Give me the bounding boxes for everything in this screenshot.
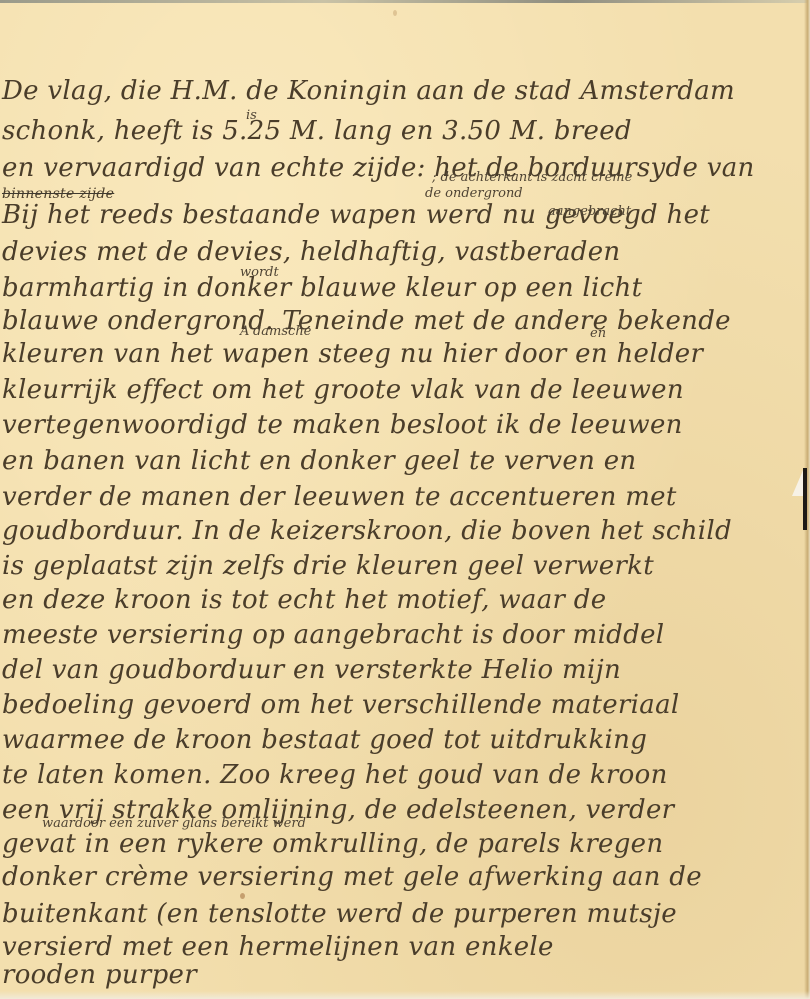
manuscript-line: del van goudborduur en versterkte Helio … [2, 655, 621, 685]
manuscript-line: buitenkant (en tenslotte werd de purpere… [2, 899, 677, 929]
manuscript-line: schonk, heeft is 5.25 M. lang en 3.50 M.… [2, 116, 632, 146]
interlinear-insertion: aangebracht [548, 204, 631, 219]
manuscript-line: vertegenwoordigd te maken besloot ik de … [2, 410, 683, 440]
manuscript-line: barmhartig in donker blauwe kleur op een… [2, 273, 642, 303]
interlinear-insertion: waardoor een zuiver glans bereikt werd [42, 816, 306, 831]
manuscript-line: verder de manen der leeuwen te accentuer… [2, 482, 677, 512]
manuscript-line: te laten komen. Zoo kreeg het goud van d… [2, 760, 668, 790]
manuscript-line: kleurrijk effect om het groote vlak van … [2, 375, 684, 405]
manuscript-line: meeste versiering op aangebracht is door… [2, 620, 664, 650]
manuscript-line: is geplaatst zijn zelfs drie kleuren gee… [2, 551, 654, 581]
manuscript-page: De vlag, die H.M. de Koningin aan de sta… [0, 0, 800, 999]
manuscript-line: devies met de devies, heldhaftig, vastbe… [2, 237, 620, 267]
interlinear-insertion: en [590, 326, 606, 341]
manuscript-line: donker crème versiering met gele afwerki… [2, 862, 702, 892]
manuscript-line: versierd met een hermelijnen van enkele [2, 932, 554, 962]
manuscript-line: en banen van licht en donker geel te ver… [2, 446, 636, 476]
interlinear-insertion: wordt [240, 265, 279, 280]
manuscript-line: en deze kroon is tot echt het motief, wa… [2, 585, 606, 615]
manuscript-line: kleuren van het wapen steeg nu hier door… [2, 339, 703, 369]
manuscript-line: goudborduur. In de keizerskroon, die bov… [2, 516, 732, 546]
manuscript-line: bedoeling gevoerd om het verschillende m… [2, 690, 680, 720]
binding-mark [803, 468, 807, 530]
manuscript-line: gevat in een rykere omkrulling, de parel… [2, 829, 663, 859]
interlinear-insertion: ; de achterkant is zacht crème [432, 170, 632, 185]
manuscript-line: De vlag, die H.M. de Koningin aan de sta… [2, 76, 735, 106]
manuscript-line: waarmee de kroon bestaat goed tot uitdru… [2, 725, 647, 755]
interlinear-insertion: is [246, 108, 257, 123]
manuscript-line: rooden purper [2, 960, 197, 990]
manuscript-line: en vervaardigd van echte zijde: het de b… [2, 153, 755, 183]
interlinear-insertion: A'damsche [240, 324, 311, 339]
interlinear-insertion: de ondergrond [425, 186, 523, 201]
manuscript-line: blauwe ondergrond. Teneinde met de ander… [2, 306, 731, 336]
